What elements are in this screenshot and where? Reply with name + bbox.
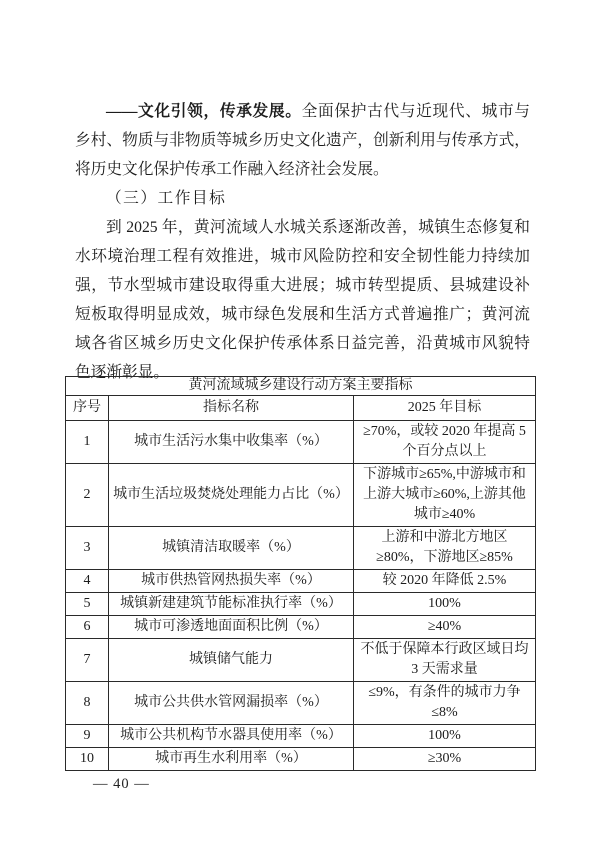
paragraph-2-line-4: 短板取得明显成效，城市绿色发展和生活方式普遍推广；黄河流 xyxy=(75,300,530,329)
row-no: 9 xyxy=(66,725,109,748)
row-no: 8 xyxy=(66,682,109,725)
col-header-name: 指标名称 xyxy=(109,396,354,421)
table-row: 7 城镇储气能力 不低于保障本行政区域日均 3 天需求量 xyxy=(66,639,536,682)
page-number: — 40 — xyxy=(93,776,150,793)
row-name: 城镇清洁取暖率（%） xyxy=(109,527,354,570)
table-title-row: 黄河流域城乡建设行动方案主要指标 xyxy=(66,377,536,396)
row-name: 城市公共机构节水器具使用率（%） xyxy=(109,725,354,748)
row-target: ≤9%，有条件的城市力争≤8% xyxy=(354,682,536,725)
table-row: 2 城市生活垃圾焚烧处理能力占比（%） 下游城市≥65%,中游城市和上游大城市≥… xyxy=(66,464,536,527)
row-target: 100% xyxy=(354,593,536,616)
document-page: ——文化引领，传承发展。全面保护古代与近现代、城市与 乡村、物质与非物质等城乡历… xyxy=(0,0,600,849)
table-row: 5 城镇新建建筑节能标准执行率（%） 100% xyxy=(66,593,536,616)
row-no: 2 xyxy=(66,464,109,527)
paragraph-1-lead: ——文化引领，传承发展。 xyxy=(106,103,302,120)
table-row: 10 城市再生水利用率（%） ≥30% xyxy=(66,748,536,771)
row-no: 7 xyxy=(66,639,109,682)
row-target: ≥40% xyxy=(354,616,536,639)
table-row: 9 城市公共机构节水器具使用率（%） 100% xyxy=(66,725,536,748)
paragraph-1-line-1-rest: 全面保护古代与近现代、城市与 xyxy=(302,103,530,120)
table-row: 1 城市生活污水集中收集率（%） ≥70%，或较 2020 年提高 5 个百分点… xyxy=(66,421,536,464)
paragraph-1-line-3: 将历史文化保护传承工作融入经济社会发展。 xyxy=(75,155,530,184)
col-header-target: 2025 年目标 xyxy=(354,396,536,421)
row-name: 城市可渗透地面面积比例（%） xyxy=(109,616,354,639)
paragraph-2-line-5: 域各省区城乡历史文化保护传承体系日益完善，沿黄城市风貌特 xyxy=(75,329,530,358)
row-name: 城镇新建建筑节能标准执行率（%） xyxy=(109,593,354,616)
row-target: 较 2020 年降低 2.5% xyxy=(354,570,536,593)
paragraph-1-line-1: ——文化引领，传承发展。全面保护古代与近现代、城市与 xyxy=(75,97,530,126)
row-name: 城市供热管网热损失率（%） xyxy=(109,570,354,593)
row-name: 城市公共供水管网漏损率（%） xyxy=(109,682,354,725)
col-header-no: 序号 xyxy=(66,396,109,421)
table-row: 6 城市可渗透地面面积比例（%） ≥40% xyxy=(66,616,536,639)
paragraph-2-line-2: 水环境治理工程有效推进，城市风险防控和安全韧性能力持续加 xyxy=(75,242,530,271)
row-target: 上游和中游北方地区≥80%，下游地区≥85% xyxy=(354,527,536,570)
paragraph-1-line-2: 乡村、物质与非物质等城乡历史文化遗产，创新利用与传承方式， xyxy=(75,126,530,155)
row-no: 4 xyxy=(66,570,109,593)
table-row: 4 城市供热管网热损失率（%） 较 2020 年降低 2.5% xyxy=(66,570,536,593)
row-target: ≥30% xyxy=(354,748,536,771)
table-title: 黄河流域城乡建设行动方案主要指标 xyxy=(66,377,536,396)
row-target: ≥70%，或较 2020 年提高 5 个百分点以上 xyxy=(354,421,536,464)
table-header-row: 序号 指标名称 2025 年目标 xyxy=(66,396,536,421)
row-no: 1 xyxy=(66,421,109,464)
indicators-table: 黄河流域城乡建设行动方案主要指标 序号 指标名称 2025 年目标 1 城市生活… xyxy=(65,376,536,771)
row-name: 城市生活污水集中收集率（%） xyxy=(109,421,354,464)
paragraph-2-line-3: 强，节水型城市建设取得重大进展；城市转型提质、县城建设补 xyxy=(75,271,530,300)
row-name: 城市再生水利用率（%） xyxy=(109,748,354,771)
row-name: 城镇储气能力 xyxy=(109,639,354,682)
row-target: 100% xyxy=(354,725,536,748)
row-no: 3 xyxy=(66,527,109,570)
row-target: 下游城市≥65%,中游城市和上游大城市≥60%,上游其他城市≥40% xyxy=(354,464,536,527)
row-target: 不低于保障本行政区域日均 3 天需求量 xyxy=(354,639,536,682)
row-name: 城市生活垃圾焚烧处理能力占比（%） xyxy=(109,464,354,527)
row-no: 5 xyxy=(66,593,109,616)
table-row: 8 城市公共供水管网漏损率（%） ≤9%，有条件的城市力争≤8% xyxy=(66,682,536,725)
section-heading: （三）工作目标 xyxy=(75,184,530,213)
paragraph-2-line-1: 到 2025 年，黄河流域人水城关系逐渐改善，城镇生态修复和 xyxy=(75,213,530,242)
body-text: ——文化引领，传承发展。全面保护古代与近现代、城市与 乡村、物质与非物质等城乡历… xyxy=(75,97,530,387)
row-no: 6 xyxy=(66,616,109,639)
row-no: 10 xyxy=(66,748,109,771)
table-row: 3 城镇清洁取暖率（%） 上游和中游北方地区≥80%，下游地区≥85% xyxy=(66,527,536,570)
